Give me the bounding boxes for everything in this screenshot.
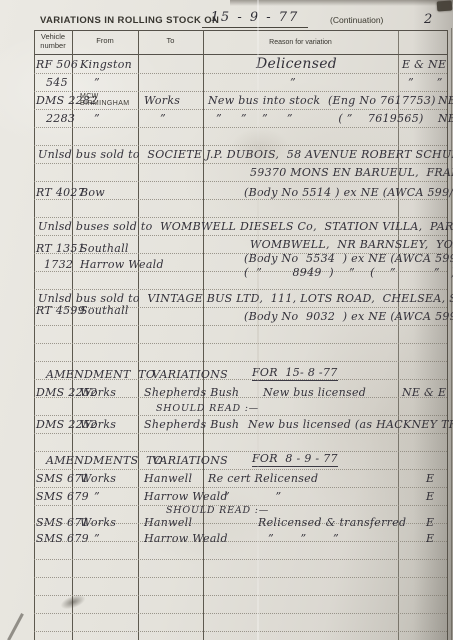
col-divider-from-to bbox=[138, 30, 139, 640]
ruled-line bbox=[34, 631, 447, 632]
entry-a2: VARIATIONS bbox=[152, 365, 228, 383]
entry-status: ” ” bbox=[408, 73, 443, 91]
header-vehicle-number: Vehicle number bbox=[34, 33, 72, 54]
entry-reason: ( ” 8949 ) ” ( ” ” ) bbox=[244, 263, 453, 281]
table-top-border bbox=[34, 30, 447, 31]
entry-status: E bbox=[426, 529, 434, 547]
ruled-line bbox=[34, 343, 447, 344]
entry-a1: AMENDMENTS TO bbox=[46, 451, 163, 469]
ruled-line bbox=[34, 613, 447, 614]
entry-to: Hanwell bbox=[144, 469, 192, 487]
ruled-line bbox=[34, 433, 447, 434]
entry-from: Works bbox=[80, 415, 116, 433]
entry-vehicle: 2283 bbox=[46, 109, 75, 127]
entry-reason: ” ” ” ” ( ” 7619565) bbox=[216, 109, 424, 127]
scan-crease bbox=[257, 0, 259, 640]
entry-reason: Re cert Relicensed bbox=[208, 469, 318, 487]
entry-status: NE & E bbox=[402, 383, 446, 401]
entry-reason: ” bbox=[290, 73, 296, 91]
scan-smudge-middle bbox=[230, 128, 290, 168]
entry-reason: (Body No 9032 ) ex NE (AWCA 599/800) bbox=[244, 307, 453, 325]
entry-vehicle: SMS 679 bbox=[36, 529, 89, 547]
entry-from: Bow bbox=[80, 183, 105, 201]
entry-a3: FOR 15- 8 -77 bbox=[252, 365, 338, 381]
scanned-ledger-page: VARIATIONS IN ROLLING STOCK ON 15 - 9 - … bbox=[0, 0, 453, 640]
entry-a2: VARIATIONS bbox=[152, 451, 228, 469]
title-row: VARIATIONS IN ROLLING STOCK ON 15 - 9 - … bbox=[0, 10, 453, 32]
entry-a3: FOR 8 - 9 - 77 bbox=[252, 451, 338, 467]
entry-from: Works bbox=[80, 469, 116, 487]
entry-status: E & NE bbox=[402, 55, 446, 73]
entry-reason: New bus licensed bbox=[263, 383, 366, 401]
entry-vehicle: 545 bbox=[46, 73, 68, 91]
ruled-line bbox=[34, 595, 447, 596]
scan-smudge-top bbox=[230, 0, 453, 6]
page-number: 2 bbox=[424, 12, 432, 27]
scan-corner-mark bbox=[437, 0, 453, 11]
entry-status: NE bbox=[438, 109, 453, 127]
entry-full: Unlsd buses sold to WOMBWELL DIESELS Co,… bbox=[38, 217, 453, 235]
ruled-line bbox=[34, 325, 447, 326]
entry-status: NE bbox=[438, 91, 453, 109]
entry-from: BIRMINGHAM bbox=[80, 94, 130, 112]
entry-reason: ” ” ” bbox=[268, 529, 339, 547]
entry-status: E bbox=[426, 487, 434, 505]
entry-status: E bbox=[426, 469, 434, 487]
entry-to: Shepherds Bush bbox=[144, 415, 239, 433]
entry-vehicle: RT 4027 bbox=[36, 183, 85, 201]
entry-to: ” bbox=[160, 109, 166, 127]
col-divider-to-reason bbox=[203, 30, 204, 640]
header-vehicle-line2: number bbox=[34, 42, 72, 51]
ruled-line bbox=[34, 559, 447, 560]
entry-reason: Delicensed bbox=[256, 55, 337, 73]
entry-vehicle: RT 4599 bbox=[36, 301, 85, 319]
variation-date: 15 - 9 - 77 bbox=[202, 10, 308, 28]
continuation-label: (Continuation) bbox=[330, 15, 383, 25]
entry-vehicle: RF 506 bbox=[36, 55, 78, 73]
entry-from: Works bbox=[80, 383, 116, 401]
ruled-line bbox=[34, 361, 447, 362]
scan-blot-edge bbox=[7, 613, 24, 640]
ruled-line bbox=[34, 577, 447, 578]
entry-vehicle: SMS 679 bbox=[36, 487, 89, 505]
entry-from: Southall bbox=[80, 301, 129, 319]
entry-reason: New bus into stock (Eng No 7617753) bbox=[208, 91, 436, 109]
header-to: To bbox=[138, 33, 203, 58]
entry-to: Harrow Weald bbox=[144, 529, 228, 547]
ruled-line bbox=[34, 181, 447, 182]
entry-a1: AMENDMENT TO bbox=[46, 365, 155, 383]
entry-from: ” bbox=[94, 529, 100, 547]
entry-from: Harrow Weald bbox=[80, 255, 164, 273]
entry-vehicle: 1732 bbox=[44, 255, 73, 273]
table-left-border bbox=[34, 30, 35, 640]
entry-from: ” bbox=[94, 487, 100, 505]
entry-from: Kingston bbox=[80, 55, 132, 73]
entry-to: Works bbox=[144, 91, 180, 109]
entry-reason: (Body No 5514 ) ex NE (AWCA 599/800) bbox=[244, 183, 453, 201]
form-title: VARIATIONS IN ROLLING STOCK ON bbox=[40, 15, 219, 26]
entry-reason: New bus licensed (as HACKNEY TRAINER) NE bbox=[248, 415, 453, 433]
entry-from: ” bbox=[94, 109, 100, 127]
